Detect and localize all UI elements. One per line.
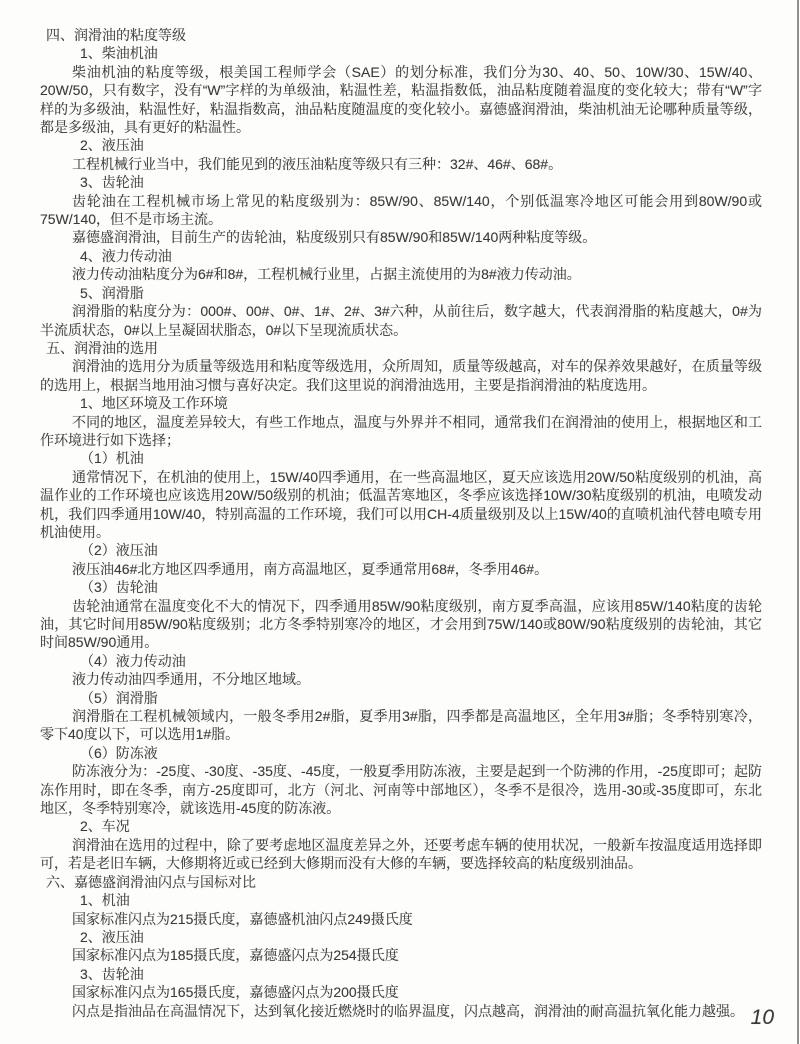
paragraph: 通常情况下，在机油的使用上，15W/40四季通用，在一些高温地区，夏天应该选用2… [40, 468, 762, 542]
sub-heading: （3）齿轮油 [40, 578, 762, 596]
paragraph: 国家标准闪点为185摄氏度，嘉德盛闪点为254摄氏度 [40, 946, 762, 964]
paragraph: 液力传动油四季通用，不分地区地域。 [40, 670, 762, 688]
sub-heading: 1、地区环境及工作环境 [40, 394, 762, 412]
paragraph: 防冻液分为：-25度、-30度、-35度、-45度，一般夏季用防冻液，主要是起到… [40, 762, 762, 817]
section-heading: 五、润滑油的选用 [40, 339, 762, 357]
paragraph: 柴油机油的粘度等级，根美国工程师学会（SAE）的划分标准，我们分为30、40、5… [40, 63, 762, 137]
paragraph: 液压油46#北方地区四季通用，南方高温地区，夏季通常用68#，冬季用46#。 [40, 560, 762, 578]
sub-heading: 2、液压油 [40, 928, 762, 946]
sub-heading: 2、车况 [40, 817, 762, 835]
scanned-document-page: 四、润滑油的粘度等级1、柴油机油柴油机油的粘度等级，根美国工程师学会（SAE）的… [0, 0, 800, 1044]
sub-heading: 2、液压油 [40, 136, 762, 154]
sub-heading: 3、齿轮油 [40, 965, 762, 983]
document-body: 四、润滑油的粘度等级1、柴油机油柴油机油的粘度等级，根美国工程师学会（SAE）的… [40, 26, 762, 1020]
scan-edge-line [797, 0, 799, 1044]
sub-heading: （5）润滑脂 [40, 689, 762, 707]
paragraph: 工程机械行业当中，我们能见到的液压油粘度等级只有三种：32#、46#、68#。 [40, 155, 762, 173]
section-heading: 四、润滑油的粘度等级 [40, 26, 762, 44]
paragraph: 嘉德盛润滑油，目前生产的齿轮油，粘度级别只有85W/90和85W/140两种粘度… [40, 228, 762, 246]
paragraph: 润滑脂在工程机械领域内，一般冬季用2#脂，夏季用3#脂，四季都是高温地区，全年用… [40, 707, 762, 744]
paragraph: 国家标准闪点为165摄氏度，嘉德盛闪点为200摄氏度 [40, 983, 762, 1001]
paragraph: 润滑脂的粘度分为：000#、00#、0#、1#、2#、3#六种，从前往后，数字越… [40, 302, 762, 339]
paragraph: 润滑油在选用的过程中，除了要考虑地区温度差异之外，还要考虑车辆的使用状况，一般新… [40, 836, 762, 873]
paragraph: 齿轮油通常在温度变化不大的情况下，四季通用85W/90粘度级别，南方夏季高温，应… [40, 597, 762, 652]
sub-heading: （4）液力传动油 [40, 652, 762, 670]
sub-heading: 3、齿轮油 [40, 173, 762, 191]
sub-heading: 4、液力传动油 [40, 247, 762, 265]
page-number: 10 [751, 1006, 774, 1030]
sub-heading: （6）防冻液 [40, 744, 762, 762]
paragraph: 齿轮油在工程机械市场上常见的粘度级别为：85W/90、85W/140，个别低温寒… [40, 192, 762, 229]
sub-heading: （1）机油 [40, 449, 762, 467]
sub-heading: 5、润滑脂 [40, 284, 762, 302]
sub-heading: （2）液压油 [40, 541, 762, 559]
paragraph: 润滑油的选用分为质量等级选用和粘度等级选用，众所周知，质量等级越高，对车的保养效… [40, 357, 762, 394]
section-heading: 六、嘉德盛润滑油闪点与国标对比 [40, 873, 762, 891]
paragraph: 不同的地区，温度差异较大，有些工作地点，温度与外界并不相同，通常我们在润滑油的使… [40, 413, 762, 450]
sub-heading: 1、机油 [40, 891, 762, 909]
paragraph: 液力传动油粘度分为6#和8#，工程机械行业里，占据主流使用的为8#液力传动油。 [40, 265, 762, 283]
paragraph: 国家标准闪点为215摄氏度，嘉德盛机油闪点249摄氏度 [40, 910, 762, 928]
sub-heading: 1、柴油机油 [40, 44, 762, 62]
paragraph: 闪点是指油品在高温情况下，达到氧化接近燃烧时的临界温度，闪点越高，润滑油的耐高温… [40, 1002, 762, 1020]
